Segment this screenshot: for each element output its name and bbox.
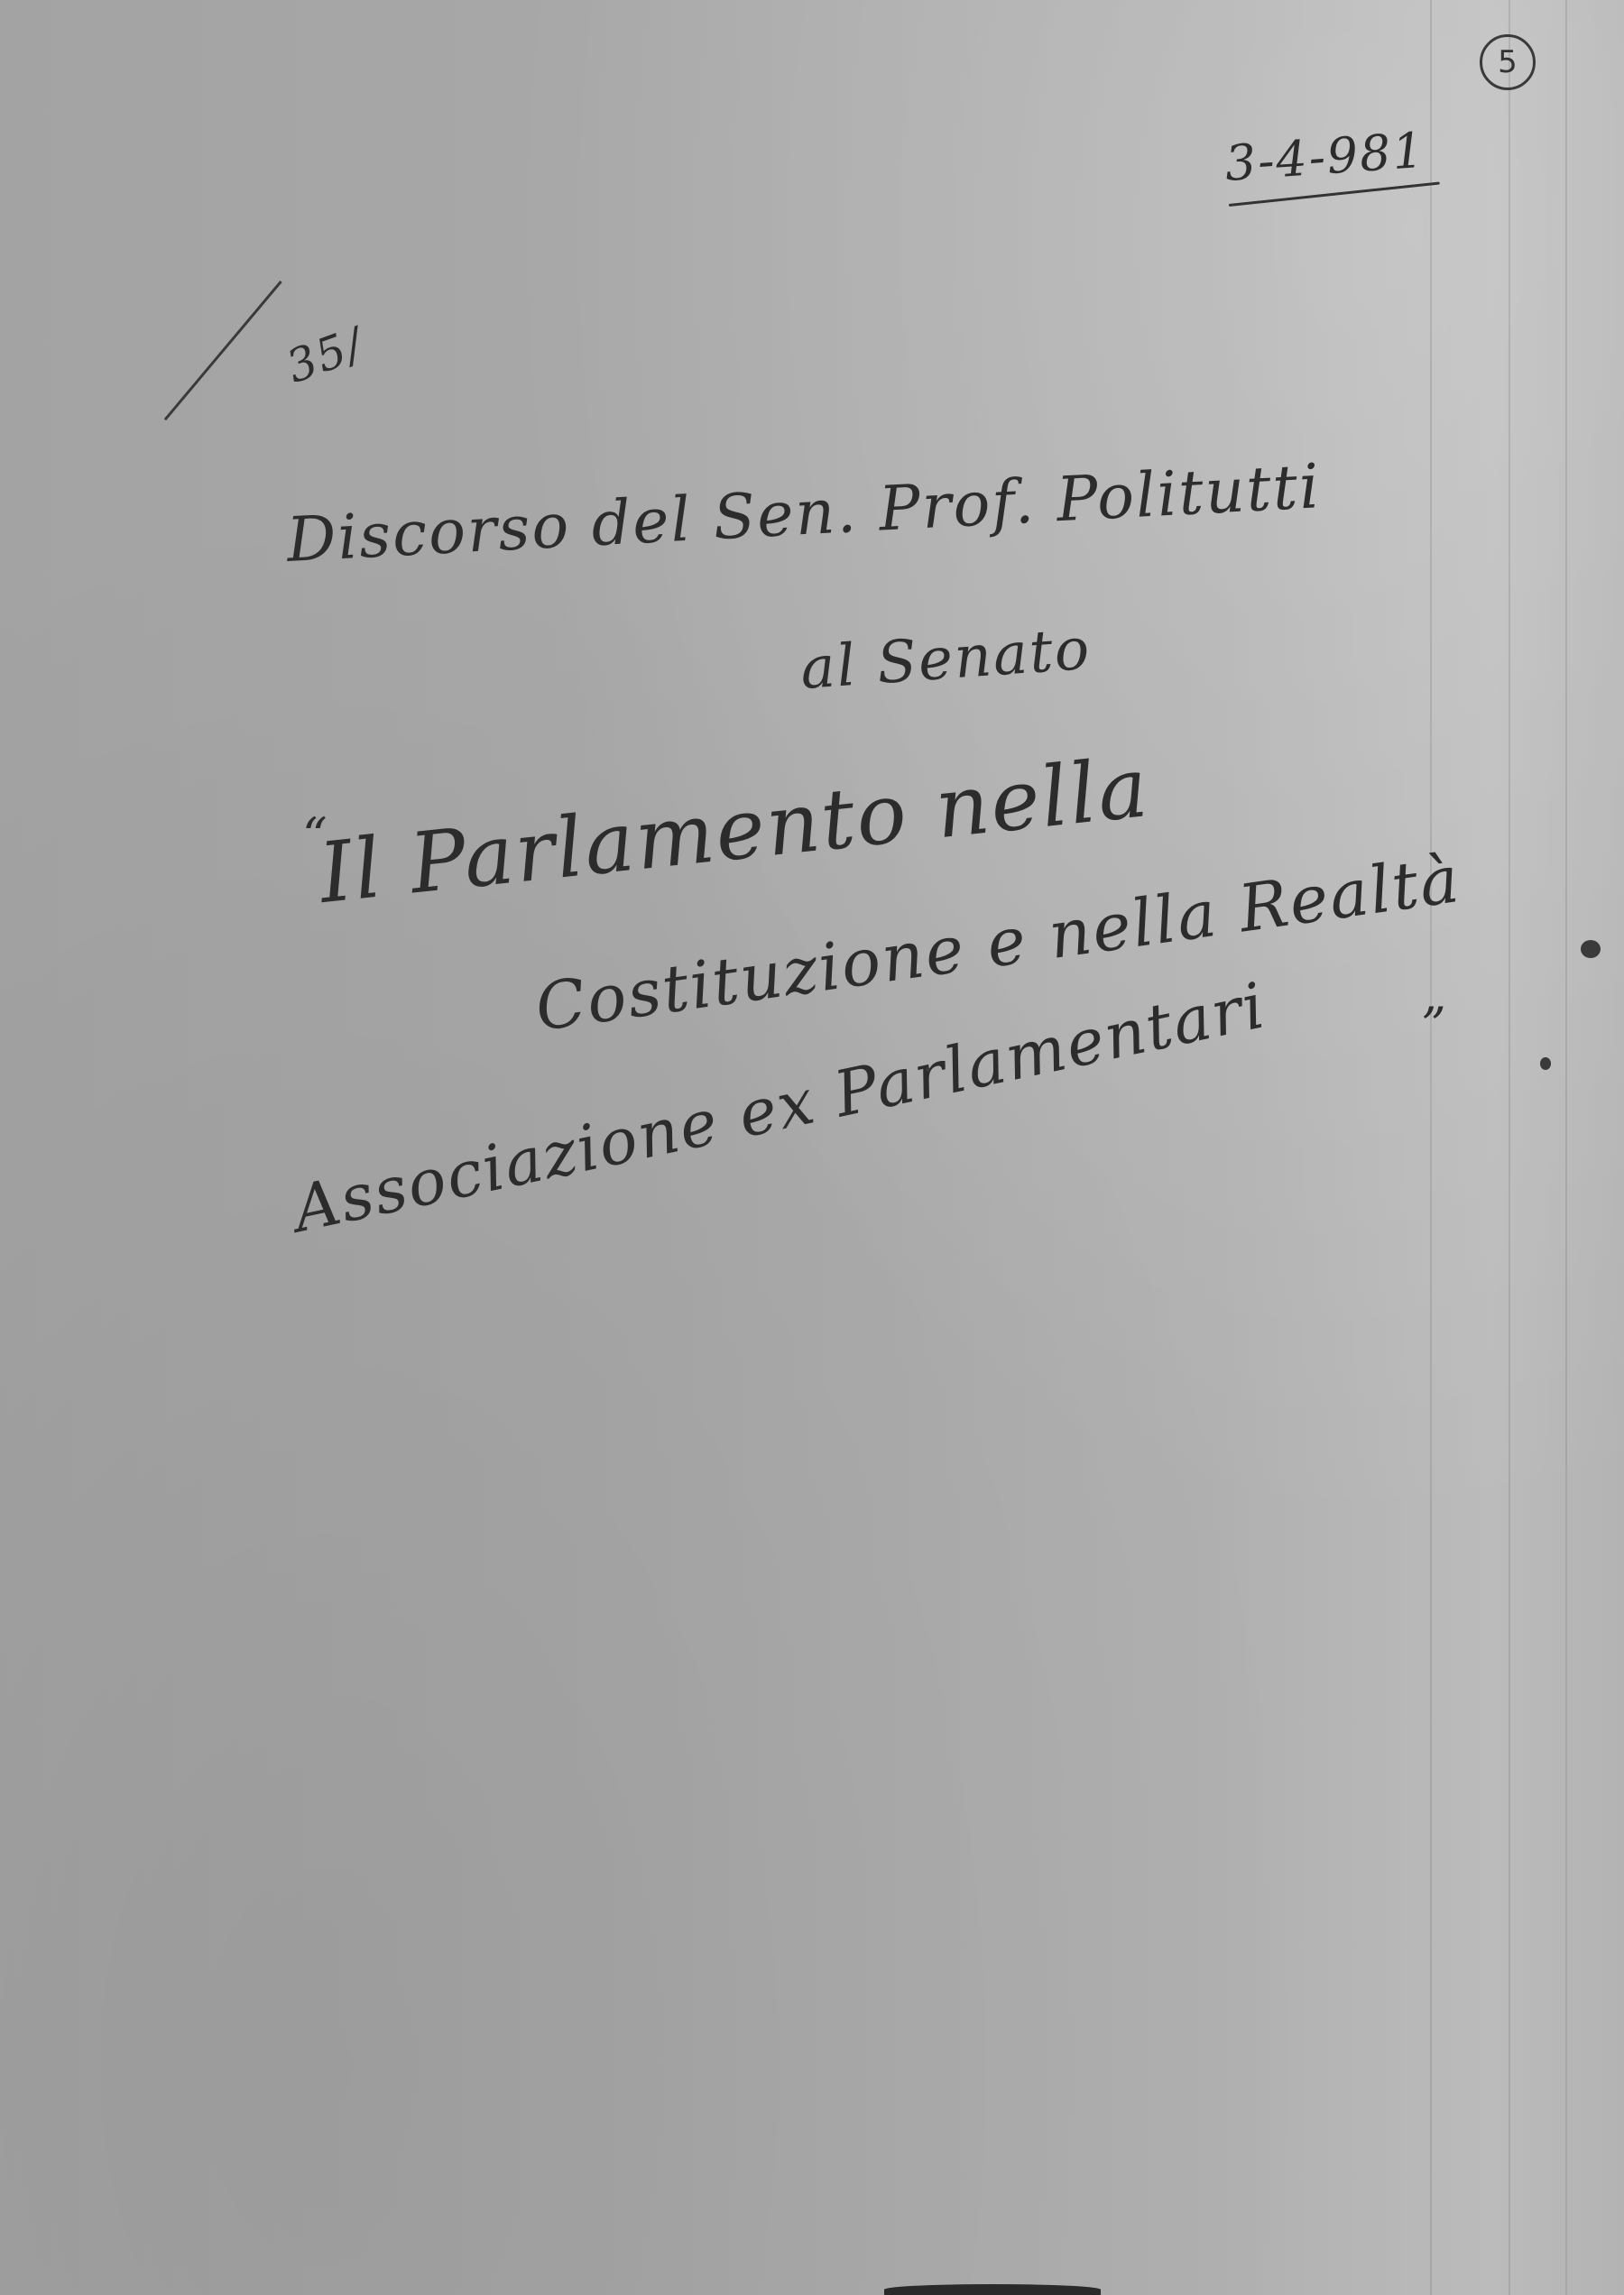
- closing-quote: ”: [1421, 997, 1448, 1054]
- title-line-speech: Discorso del Sen. Prof. Politutti: [285, 451, 1323, 576]
- archive-slash-mark: [164, 281, 282, 420]
- speech-title-line-1: Il Parlamento nella: [315, 739, 1154, 922]
- handwritten-date: 3-4-981: [1223, 122, 1427, 192]
- archive-mark: 35/: [280, 318, 371, 393]
- ink-speck: [1540, 1057, 1551, 1070]
- scan-streak: [1430, 0, 1432, 2295]
- page-number-text: 5: [1498, 44, 1518, 80]
- title-line-senate: al Senato: [798, 616, 1093, 703]
- ink-speck: [926, 1067, 930, 1072]
- ink-speck: [1581, 940, 1601, 958]
- scan-streak: [1509, 0, 1510, 2295]
- page-edge-shadow: [884, 2284, 1101, 2295]
- circled-page-number: 5: [1480, 34, 1536, 90]
- scanned-page: 5 3-4-981 35/ Discorso del Sen. Prof. Po…: [0, 0, 1624, 2295]
- scan-streak: [1565, 0, 1567, 2295]
